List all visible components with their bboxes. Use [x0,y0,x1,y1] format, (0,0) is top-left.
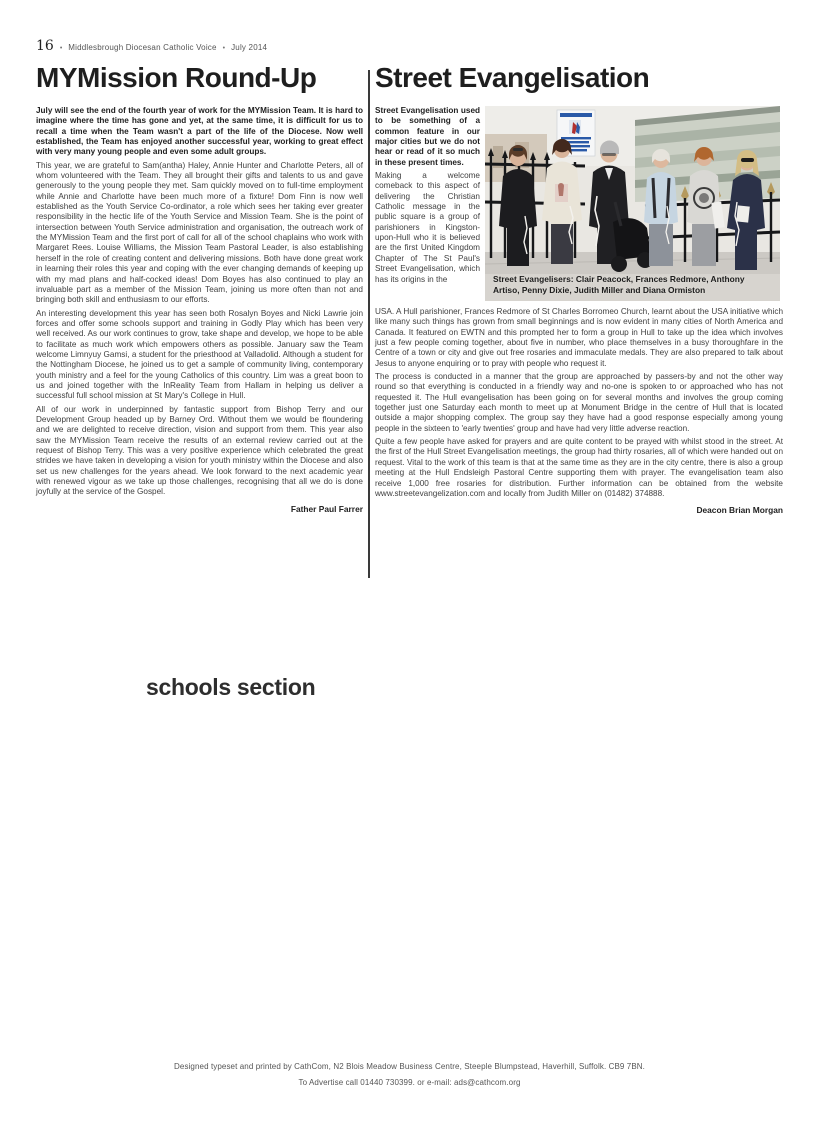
article-intro: Street Evangelisation used to be somethi… [375,106,480,168]
schools-section-heading: schools section [146,674,315,701]
photo-illustration [485,106,780,301]
imprint-footer: Designed typeset and printed by CathCom,… [0,1059,819,1091]
article-body: July will see the end of the fourth year… [36,106,363,498]
article-intro: July will see the end of the fourth year… [36,106,363,158]
narrow-column: Street Evangelisation used to be somethi… [375,106,480,288]
article-body: USA. A Hull parishioner, Frances Redmore… [375,307,783,499]
photo-caption: Street Evangelisers: Clair Peacock, Fran… [493,274,765,295]
article-byline: Father Paul Farrer [36,504,363,514]
article-street-evangelisation: Street Evangelisation Street Evangelisat… [375,64,783,515]
article-paragraph: Quite a few people have asked for prayer… [375,437,783,499]
article-title: Street Evangelisation [375,64,783,92]
article-paragraph: All of our work in underpinned by fantas… [36,405,363,498]
imprint-line: Designed typeset and printed by CathCom,… [0,1059,819,1075]
advertising-line: To Advertise call 01440 730399. or e-mai… [0,1075,819,1091]
article-top-flow: Street Evangelisation used to be somethi… [375,106,783,301]
article-byline: Deacon Brian Morgan [375,505,783,515]
column-divider [368,70,370,578]
article-paragraph: USA. A Hull parishioner, Frances Redmore… [375,307,783,369]
page-number: 16 [36,38,54,54]
article-paragraph: This year, we are grateful to Sam(antha)… [36,161,363,306]
bullet-separator-icon: • [223,45,225,52]
article-paragraph: Making a welcome comeback to this aspect… [375,171,480,285]
article-title: MYMission Round-Up [36,64,363,92]
article-paragraph: The process is conducted in a manner tha… [375,372,783,434]
issue-date: July 2014 [231,43,267,52]
article-paragraph: An interesting development this year has… [36,309,363,402]
publication-name: Middlesbrough Diocesan Catholic Voice [68,43,216,52]
article-mymission-roundup: MYMission Round-Up July will see the end… [36,64,363,514]
masthead: 16 • Middlesbrough Diocesan Catholic Voi… [36,38,783,54]
street-evangelisers-photo: Street Evangelisers: Clair Peacock, Fran… [485,106,780,301]
newspaper-page: 16 • Middlesbrough Diocesan Catholic Voi… [0,0,819,1133]
bullet-separator-icon: • [60,45,62,52]
